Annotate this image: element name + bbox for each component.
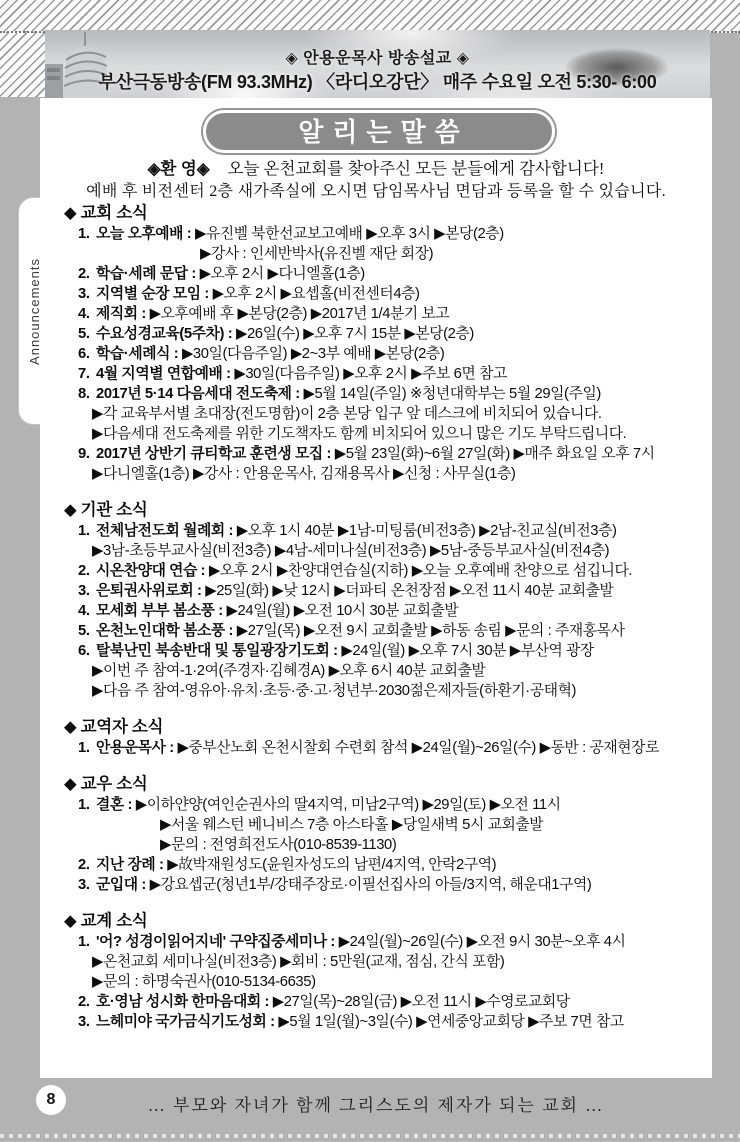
item-title: 안용운목사 <box>96 740 165 756</box>
announcement-item: 2. 시온찬양대 연습 : ▶오후 2시 ▶찬양대연습실(지하) ▶오늘 오후예… <box>78 561 704 581</box>
item-colon: : <box>201 286 213 302</box>
item-number: 1. <box>78 521 96 541</box>
announcement-item: 3. 군입대 : ▶강요셉군(청년1부/강태주장로·이필선집사의 아들/3지역,… <box>78 875 704 895</box>
item-text: ▶26일(수) ▶오후 7시 15분 ▶본당(2층) <box>236 326 474 342</box>
item-text: ▶오후 2시 ▶요셉홀(비전센터4층) <box>213 286 420 302</box>
item-number: 6. <box>78 641 96 661</box>
announcement-item: 6. 탈북난민 북송반대 및 통일광장기도회 : ▶24일(월) ▶오후 7시 … <box>78 641 704 661</box>
item-text: ▶24일(월) ▶오후 7시 30분 ▶부산역 광장 <box>341 643 594 659</box>
item-number: 2. <box>78 992 96 1012</box>
item-subline: ▶문의 : 전영희전도사(010-8539-1130) <box>160 835 704 855</box>
item-subline: ▶강사 : 인세반박사(유진벨 재단 회장) <box>200 244 704 264</box>
announcement-item: 2. 지난 장례 : ▶故박재원성도(윤원자성도의 남편/4지역, 안락2구역) <box>78 855 704 875</box>
announcement-item: 2. 호·영남 성시화 한마음대회 : ▶27일(목)~28일(금) ▶오전 1… <box>78 992 704 1012</box>
item-text: ▶5월 14일(주일) ※청년대학부는 5월 29일(주일) <box>303 386 600 402</box>
item-number: 3. <box>78 581 96 601</box>
item-title: 2017년 5·14 다음세대 전도축제 <box>96 386 292 402</box>
item-number: 5. <box>78 621 96 641</box>
item-title: 온천노인대학 봄소풍 <box>96 623 225 639</box>
announcement-item: 1. 안용운목사 : ▶중부산노회 온천시찰회 수련회 참석 ▶24일(월)~2… <box>78 738 704 758</box>
item-text: ▶5월 1일(월)~3일(수) ▶연세중앙교회당 ▶주보 7면 참고 <box>278 1014 623 1030</box>
item-subline: ▶다음 주 참여-영유아·유치·초등·중·고·청년부·2030젊은제자들(하환기… <box>92 681 704 701</box>
item-text: ▶27일(목)~28일(금) ▶오전 11시 ▶수영로교회당 <box>273 994 570 1010</box>
item-text: ▶오후예배 후 ▶본당(2층) ▶2017년 1/4분기 보고 <box>150 306 450 322</box>
item-number: 1. <box>78 932 96 952</box>
announcement-item: 7. 4월 지역별 연합예배 : ▶30일(다음주일) ▶오후 2시 ▶주보 6… <box>78 364 704 384</box>
broadcast-header-line1: ◈ 안용운목사 방송설교 ◈ <box>45 45 710 68</box>
item-number: 4. <box>78 601 96 621</box>
news-section: ◆ 교역자 소식1. 안용운목사 : ▶중부산노회 온천시찰회 수련회 참석 ▶… <box>78 716 704 758</box>
item-number: 3. <box>78 875 96 895</box>
item-number: 3. <box>78 284 96 304</box>
item-title: 오늘 오후예배 <box>96 226 183 242</box>
item-number: 9. <box>78 444 96 464</box>
announcement-item: 1. 결혼 : ▶이하얀양(여인순권사의 딸4지역, 미남2구역) ▶29일(토… <box>78 795 704 815</box>
section-title: ◆ 교회 소식 <box>64 202 704 224</box>
item-number: 1. <box>78 224 96 244</box>
welcome-line2: 예배 후 비전센터 2층 새가족실에 오시면 담임목사님 면담과 등록을 할 수… <box>40 178 712 201</box>
item-number: 4. <box>78 304 96 324</box>
item-colon: : <box>138 877 150 893</box>
item-colon: : <box>266 1014 278 1030</box>
item-colon: : <box>138 306 150 322</box>
item-colon: : <box>197 563 209 579</box>
item-number: 5. <box>78 324 96 344</box>
item-number: 8. <box>78 384 96 404</box>
item-subline: ▶서울 웨스턴 베니비스 7층 아스타홀 ▶당일새벽 5시 교회출발 <box>160 815 704 835</box>
item-colon: : <box>225 623 237 639</box>
item-title: 결혼 <box>96 797 124 813</box>
item-text: ▶오후 2시 ▶다니엘홀(1층) <box>200 266 365 282</box>
item-colon: : <box>329 643 341 659</box>
bottom-dotted-edge <box>0 1134 740 1138</box>
title-banner: 알리는말씀 <box>203 110 555 153</box>
item-number: 1. <box>78 738 96 758</box>
item-colon: : <box>183 226 195 242</box>
item-title: 은퇴권사위로회 <box>96 583 193 599</box>
item-title: 학습·세례식 <box>96 346 170 362</box>
item-colon: : <box>124 797 136 813</box>
item-number: 2. <box>78 264 96 284</box>
item-colon: : <box>261 994 273 1010</box>
item-number: 1. <box>78 795 96 815</box>
item-subline: ▶문의 : 하명숙권사(010-5134-6635) <box>92 972 704 992</box>
item-text: ▶이하얀양(여인순권사의 딸4지역, 미남2구역) ▶29일(토) ▶오전 11… <box>136 797 561 813</box>
announcement-item: 4. 제직회 : ▶오후예배 후 ▶본당(2층) ▶2017년 1/4분기 보고 <box>78 304 704 324</box>
item-number: 7. <box>78 364 96 384</box>
section-title: ◆ 교계 소식 <box>64 910 704 932</box>
item-colon: : <box>155 857 167 873</box>
announcement-item: 3. 지역별 순장 모임 : ▶오후 2시 ▶요셉홀(비전센터4층) <box>78 284 704 304</box>
header-photo-strip: ◈ 안용운목사 방송설교 ◈ 부산극동방송(FM 93.3MHz) 〈라디오강단… <box>45 30 710 98</box>
news-section: ◆ 교계 소식1. '어? 성경이읽어지네' 구약집중세미나 : ▶24일(월)… <box>78 910 704 1032</box>
item-title: 지난 장례 <box>96 857 155 873</box>
item-subline: ▶이번 주 참여-1·2여(주경자·김혜경A) ▶오후 6시 40분 교회출발 <box>92 661 704 681</box>
item-subline: ▶3남-초등부교사실(비전3층) ▶4남-세미나실(비전3층) ▶5남-중등부교… <box>92 541 704 561</box>
announcement-item: 1. '어? 성경이읽어지네' 구약집중세미나 : ▶24일(월)~26일(수)… <box>78 932 704 952</box>
section-title: ◆ 교역자 소식 <box>64 716 704 738</box>
item-text: ▶유진벨 북한선교보고예배 ▶오후 3시 ▶본당(2층) <box>195 226 504 242</box>
item-colon: : <box>225 523 237 539</box>
item-text: ▶오후 1시 40분 ▶1남-미팅룸(비전3층) ▶2남-친교실(비전3층) <box>237 523 617 539</box>
item-text: ▶30일(다음주일) ▶오후 2시 ▶주보 6면 참고 <box>234 366 507 382</box>
item-colon: : <box>165 740 177 756</box>
item-title: 느헤미야 국가금식기도성회 <box>96 1014 266 1030</box>
item-title: 지역별 순장 모임 <box>96 286 201 302</box>
news-section: ◆ 교우 소식1. 결혼 : ▶이하얀양(여인순권사의 딸4지역, 미남2구역)… <box>78 773 704 895</box>
footer-motto: … 부모와 자녀가 함께 그리스도의 제자가 되는 교회 … <box>40 1091 712 1116</box>
section-title: ◆ 교우 소식 <box>64 773 704 795</box>
item-colon: : <box>224 326 236 342</box>
hatch-pattern-top <box>0 0 740 33</box>
item-colon: : <box>193 583 205 599</box>
item-number: 2. <box>78 561 96 581</box>
item-text: ▶강요셉군(청년1부/강태주장로·이필선집사의 아들/3지역, 해운대1구역) <box>150 877 592 893</box>
item-number: 2. <box>78 855 96 875</box>
item-number: 3. <box>78 1012 96 1032</box>
item-subline: ▶다니엘홀(1층) ▶강사 : 안용운목사, 김재용목사 ▶신청 : 사무실(1… <box>92 464 704 484</box>
item-title: 2017년 상반기 큐티학교 훈련생 모집 <box>96 446 323 462</box>
announcement-item: 8. 2017년 5·14 다음세대 전도축제 : ▶5월 14일(주일) ※청… <box>78 384 704 404</box>
item-text: ▶5월 23일(화)~6월 27일(화) ▶매주 화요일 오후 7시 <box>335 446 655 462</box>
news-section: ◆ 기관 소식1. 전체남전도회 월례회 : ▶오후 1시 40분 ▶1남-미팅… <box>78 499 704 701</box>
item-colon: : <box>188 266 200 282</box>
bulletin-page: 알리는말씀 ◈환 영◈오늘 온천교회를 찾아주신 모든 분들에게 감사합니다! … <box>40 98 712 1078</box>
item-text: ▶25일(화) ▶낮 12시 ▶더파티 온천장점 ▶오전 11시 40분 교회출… <box>205 583 613 599</box>
announcement-item: 4. 모세회 부부 봄소풍 : ▶24일(월) ▶오전 10시 30분 교회출발 <box>78 601 704 621</box>
item-title: 학습·세례 문답 <box>96 266 188 282</box>
item-colon: : <box>222 366 234 382</box>
item-text: ▶故박재원성도(윤원자성도의 남편/4지역, 안락2구역) <box>167 857 496 873</box>
item-text: ▶30일(다음주일) ▶2~3부 예배 ▶본당(2층) <box>182 346 444 362</box>
item-title: 호·영남 성시화 한마음대회 <box>96 994 261 1010</box>
item-text: ▶중부산노회 온천시찰회 수련회 참석 ▶24일(월)~26일(수) ▶동반 :… <box>177 740 659 756</box>
announcement-item: 2. 학습·세례 문답 : ▶오후 2시 ▶다니엘홀(1층) <box>78 264 704 284</box>
item-text: ▶24일(월) ▶오전 10시 30분 교회출발 <box>227 603 459 619</box>
announcement-item: 9. 2017년 상반기 큐티학교 훈련생 모집 : ▶5월 23일(화)~6월… <box>78 444 704 464</box>
item-number: 6. <box>78 344 96 364</box>
announcement-item: 5. 온천노인대학 봄소풍 : ▶27일(목) ▶오전 9시 교회출발 ▶하동 … <box>78 621 704 641</box>
welcome-badge: ◈환 영◈ <box>148 160 210 178</box>
item-title: 시온찬양대 연습 <box>96 563 197 579</box>
item-title: 탈북난민 북송반대 및 통일광장기도회 <box>96 643 329 659</box>
announcement-item: 1. 전체남전도회 월례회 : ▶오후 1시 40분 ▶1남-미팅룸(비전3층)… <box>78 521 704 541</box>
item-title: 전체남전도회 월례회 <box>96 523 225 539</box>
announcement-item: 5. 수요성경교육(5주차) : ▶26일(수) ▶오후 7시 15분 ▶본당(… <box>78 324 704 344</box>
item-colon: : <box>215 603 227 619</box>
sections: ◆ 교회 소식1. 오늘 오후예배 : ▶유진벨 북한선교보고예배 ▶오후 3시… <box>40 202 712 1047</box>
item-colon: : <box>323 446 335 462</box>
welcome-text1: 오늘 온천교회를 찾아주신 모든 분들에게 감사합니다! <box>228 159 605 178</box>
item-subline: ▶다음세대 전도축제를 위한 기도책자도 함께 비치되어 있으니 많은 기도 부… <box>92 424 704 444</box>
item-colon: : <box>170 346 182 362</box>
item-title: 4월 지역별 연합예배 <box>96 366 222 382</box>
item-text: ▶오후 2시 ▶찬양대연습실(지하) ▶오늘 오후예배 찬양으로 섬깁니다. <box>209 563 632 579</box>
title-banner-text: 알리는말씀 <box>289 119 469 145</box>
item-subline: ▶온천교회 세미나실(비전3층) ▶회비 : 5만원(교재, 점심, 간식 포함… <box>92 952 704 972</box>
item-title: 제직회 <box>96 306 138 322</box>
broadcast-header-line2: 부산극동방송(FM 93.3MHz) 〈라디오강단〉 매주 수요일 오전 5:3… <box>45 68 710 94</box>
item-title: '어? 성경이읽어지네' 구약집중세미나 <box>96 934 327 950</box>
news-section: ◆ 교회 소식1. 오늘 오후예배 : ▶유진벨 북한선교보고예배 ▶오후 3시… <box>78 202 704 484</box>
announcement-item: 1. 오늘 오후예배 : ▶유진벨 북한선교보고예배 ▶오후 3시 ▶본당(2층… <box>78 224 704 244</box>
welcome-line1: ◈환 영◈오늘 온천교회를 찾아주신 모든 분들에게 감사합니다! <box>40 155 712 179</box>
section-title: ◆ 기관 소식 <box>64 499 704 521</box>
announcement-item: 6. 학습·세례식 : ▶30일(다음주일) ▶2~3부 예배 ▶본당(2층) <box>78 344 704 364</box>
announcement-item: 3. 느헤미야 국가금식기도성회 : ▶5월 1일(월)~3일(수) ▶연세중앙… <box>78 1012 704 1032</box>
item-title: 모세회 부부 봄소풍 <box>96 603 215 619</box>
item-subline: ▶각 교육부서별 초대장(전도명함)이 2층 본당 입구 앞 데스크에 비치되어… <box>92 404 704 424</box>
hatch-pattern-left <box>0 33 45 97</box>
item-colon: : <box>327 934 339 950</box>
item-text: ▶27일(목) ▶오전 9시 교회출발 ▶하동 송림 ▶문의 : 주재홍목사 <box>237 623 625 639</box>
item-text: ▶24일(월)~26일(수) ▶오전 9시 30분~오후 4시 <box>339 934 626 950</box>
item-colon: : <box>292 386 304 402</box>
item-title: 수요성경교육(5주차) <box>96 326 224 342</box>
item-title: 군입대 <box>96 877 138 893</box>
announcement-item: 3. 은퇴권사위로회 : ▶25일(화) ▶낮 12시 ▶더파티 온천장점 ▶오… <box>78 581 704 601</box>
